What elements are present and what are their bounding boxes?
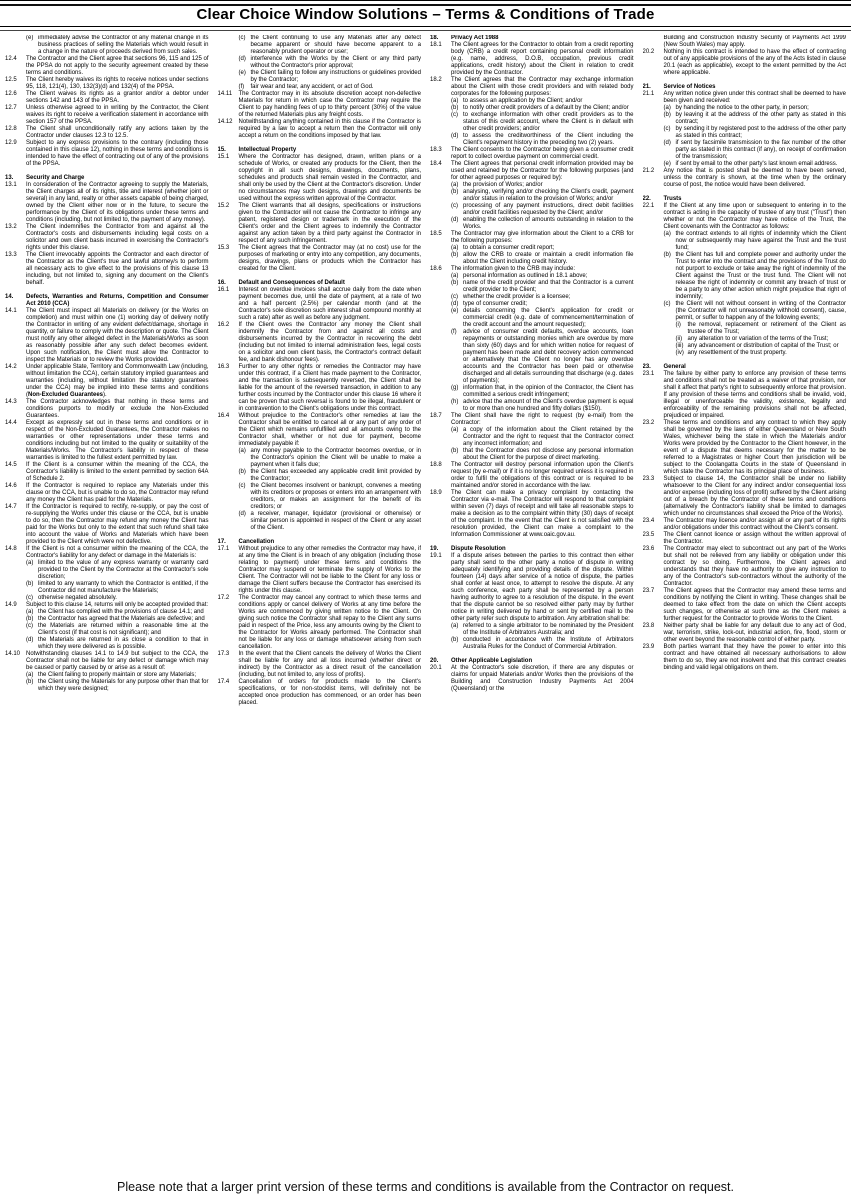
item-label: (a) xyxy=(451,623,458,630)
clause: 23.5The Client cannot licence or assign … xyxy=(643,532,847,546)
clause-text: to obtain a consumer credit report; xyxy=(463,245,554,251)
clause-number: 15.2 xyxy=(218,203,230,210)
sub-item: (c)the Client becomes insolvent or bankr… xyxy=(218,483,422,511)
clause-text: The Client consents to the Contractor be… xyxy=(451,147,634,160)
item-label: (c) xyxy=(451,203,458,210)
clause-number: 15. xyxy=(218,147,226,154)
clause-number: 17. xyxy=(218,539,226,546)
top-rule-outer xyxy=(0,0,851,1)
section-heading: 22.Trusts xyxy=(643,196,847,203)
item-label: (d) xyxy=(26,637,33,644)
clause-text: Without prejudice to any other remedies … xyxy=(239,546,422,594)
clause-text: enabling the collection of amounts outst… xyxy=(463,217,634,230)
clause-text: Neither party shall be liable for any de… xyxy=(664,623,847,643)
clause-text: In the event that the Client cancels the… xyxy=(239,651,422,678)
item-label: (a) xyxy=(451,245,458,252)
clause-number: 23. xyxy=(643,364,651,371)
section-heading-text: Trusts xyxy=(664,196,682,202)
clause-number: 14.8 xyxy=(5,546,17,553)
clause-number: 23.6 xyxy=(643,546,655,553)
clause-text: the Client failing to properly maintain … xyxy=(38,672,196,678)
section-heading: 15.Intellectual Property xyxy=(218,147,422,154)
clause-number: 20. xyxy=(430,658,438,665)
clause: 23.3Subject to clause 14, the Contractor… xyxy=(643,476,847,518)
clause-number: 18.4 xyxy=(430,161,442,168)
clause-text: a copy of the information about the Clie… xyxy=(463,427,634,447)
clause: 15.1Where the Contractor has designed, d… xyxy=(218,154,422,203)
clause: 13.3The Client irrevocably appoints the … xyxy=(5,252,209,287)
clause-text: conducted in accordance with the Institu… xyxy=(463,637,634,650)
clause-text: the Client failing to follow any instruc… xyxy=(251,70,422,83)
clause-number: 18.3 xyxy=(430,147,442,154)
clause: 14.2Under applicable State, Territory an… xyxy=(5,364,209,399)
item-label: (g) xyxy=(451,385,458,392)
section-heading: 19.Dispute Resolution xyxy=(430,546,634,553)
clause: 23.6The Contractor may elect to subcontr… xyxy=(643,546,847,588)
section-heading: 18.Privacy Act 1988 xyxy=(430,35,634,42)
clause: 18.5The Contractor may give information … xyxy=(430,231,634,245)
clause-text: The Contractor may in its absolute discr… xyxy=(239,91,422,118)
sub-item: (a)by handing the notice to the other pa… xyxy=(643,105,847,112)
item-label: (f) xyxy=(239,84,245,91)
item-label: (d) xyxy=(239,56,246,63)
clause: Building and Construction Industry Secur… xyxy=(643,35,847,49)
clause-text: The Client shall have the right to reque… xyxy=(451,413,634,426)
clause-text: The Client agrees for the Contractor to … xyxy=(451,42,634,76)
clause-text: allow the CRB to create or maintain a cr… xyxy=(463,252,634,265)
clause-text: The Client waives its rights as a granto… xyxy=(26,91,209,104)
item-label: (a) xyxy=(451,427,458,434)
clause-text: the removal, replacement or retirement o… xyxy=(688,322,847,335)
clause-text: any money payable to the Contractor beco… xyxy=(251,448,422,468)
clause-number: 23.4 xyxy=(643,518,655,525)
clause-text: to exchange information with other credi… xyxy=(463,112,634,132)
sub-item: (b)name of the credit provider and that … xyxy=(430,280,634,294)
sub-item: (b)by leaving it at the address of the o… xyxy=(643,112,847,126)
clause: 20.2Nothing in this contract is intended… xyxy=(643,49,847,77)
item-label: (c) xyxy=(239,483,246,490)
clause-text: If the Contractor is required to rectify… xyxy=(26,504,209,545)
item-label: (b) xyxy=(239,469,246,476)
sub-item: (a)the Client has complied with the prov… xyxy=(5,609,209,616)
clause: 13.1In consideration of the Contractor a… xyxy=(5,182,209,224)
clause-text: The information given to the CRB may inc… xyxy=(451,266,575,272)
clause-number: 12.5 xyxy=(5,77,17,84)
clause: 18.8The Contractor will destroy personal… xyxy=(430,462,634,490)
item-label: (e) xyxy=(26,35,33,42)
item-label: (d) xyxy=(664,140,671,147)
sub-item: (d)enabling the collection of amounts ou… xyxy=(430,217,634,231)
clause-number: 21.1 xyxy=(643,91,655,98)
sub-item: (e)immediately advise the Contractor of … xyxy=(5,35,209,56)
item-label: (a) xyxy=(239,448,246,455)
clause-number: 23.9 xyxy=(643,644,655,651)
item-label: (iv) xyxy=(676,350,684,357)
item-label: (e) xyxy=(664,161,671,168)
section-heading: 13.Security and Charge xyxy=(5,175,209,182)
clause-number: 15.1 xyxy=(218,154,230,161)
sub-item: (e)the Client failing to follow any inst… xyxy=(218,70,422,84)
clause-number: 16.1 xyxy=(218,287,230,294)
clause-text: The Contractor may cancel any contract t… xyxy=(239,595,422,650)
clause-text: If the Client is a consumer within the m… xyxy=(26,462,209,482)
item-label: (c) xyxy=(664,126,671,133)
clause: 18.6The information given to the CRB may… xyxy=(430,266,634,273)
sub-item: (b)conducted in accordance with the Inst… xyxy=(430,637,634,651)
clause-number: 19.1 xyxy=(430,553,442,560)
clause-text: Notwithstanding anything contained in th… xyxy=(239,119,422,139)
sub-item: (i)the removal, replacement or retiremen… xyxy=(643,322,847,336)
clause: 23.9Both parties warrant that they have … xyxy=(643,644,847,672)
clause-text: name of the credit provider and that the… xyxy=(463,280,634,293)
sub-item: (e)details concerning the Client's appli… xyxy=(430,308,634,329)
clause: 18.3The Client consents to the Contracto… xyxy=(430,147,634,161)
clause-text: If the Client is not a consumer within t… xyxy=(26,546,209,559)
clause: 14.10Notwithstanding clauses 14.1 to 14.… xyxy=(5,651,209,672)
clause-text: If the Client at any time upon or subseq… xyxy=(664,203,847,230)
clause: 14.3The Contractor acknowledges that not… xyxy=(5,399,209,420)
clause-number: 16.4 xyxy=(218,413,230,420)
clause-number: 14.12 xyxy=(218,119,233,126)
clause-number: 18.5 xyxy=(430,231,442,238)
clause-text: The Client cannot licence or assign with… xyxy=(664,532,847,545)
sub-item: (b)the Client has exceeded any applicabl… xyxy=(218,469,422,483)
sub-item: (a)the contract extends to all rights of… xyxy=(643,231,847,252)
clause-number: 14.1 xyxy=(5,308,17,315)
clause-number: 14.11 xyxy=(218,91,233,98)
item-label: (h) xyxy=(451,399,458,406)
clause-number: 14.5 xyxy=(5,462,17,469)
clause-text: Unless otherwise agreed to in writing by… xyxy=(26,105,209,125)
clause-number: 17.1 xyxy=(218,546,230,553)
section-heading: 21.Service of Notices xyxy=(643,84,847,91)
clause: 18.4The Client agrees that personal cred… xyxy=(430,161,634,182)
clause-number: 17.4 xyxy=(218,679,230,686)
item-label: (a) xyxy=(664,105,671,112)
section-heading-text: Privacy Act 1988 xyxy=(451,35,498,41)
sub-item: (b)analysing, verifying and/or checking … xyxy=(430,189,634,203)
clause-text: The Client agrees that the Contractor ma… xyxy=(664,588,847,622)
clause-text: The Client agrees that the Contractor ma… xyxy=(451,77,634,97)
clause-text: Further to any other rights or remedies … xyxy=(239,364,422,412)
clause-text: The Client can make a privacy complaint … xyxy=(451,490,634,538)
clause-text: Any notice that is posted shall be deeme… xyxy=(664,168,847,188)
clause-text: The Client agrees that personal credit i… xyxy=(451,161,634,181)
sub-item: (b)the Client has full and complete powe… xyxy=(643,252,847,301)
clause-text: any advancement or distribution of capit… xyxy=(688,343,839,349)
clause-text: to assess the creditworthiness of the Cl… xyxy=(463,133,634,146)
section-heading-text: Dispute Resolution xyxy=(451,546,506,552)
clause-number: 12.8 xyxy=(5,126,17,133)
clause-number: 18.6 xyxy=(430,266,442,273)
clause-text: If the Contractor is required to replace… xyxy=(26,483,209,503)
clause-text: the provision of Works; and/or xyxy=(463,182,543,188)
sub-item: (a)limited to the value of any express w… xyxy=(5,560,209,581)
clause-text: Subject to any express provisions to the… xyxy=(26,140,209,167)
clause-text: The Contractor may elect to subcontract … xyxy=(664,546,847,587)
clause: 18.2The Client agrees that the Contracto… xyxy=(430,77,634,98)
clause-text: The Client agrees that the Contractor ma… xyxy=(239,245,422,272)
footer-note: Please note that a larger print version … xyxy=(0,1180,851,1194)
clause-text: the Client will not without consent in w… xyxy=(676,301,847,321)
clause: 16.3Further to any other rights or remed… xyxy=(218,364,422,413)
section-heading-text: Default and Consequences of Default xyxy=(239,280,345,286)
item-label: (c) xyxy=(26,595,33,602)
sub-item: (c)processing of any payment instruction… xyxy=(430,203,634,217)
clause: 13.2The Client indemnifies the Contracto… xyxy=(5,224,209,252)
item-label: (c) xyxy=(451,294,458,301)
sub-item: (b)limited to any warranty to which the … xyxy=(5,581,209,595)
sub-item: (d)the Materials are returned in as clos… xyxy=(5,637,209,651)
item-label: (a) xyxy=(26,560,33,567)
clause-text: Where the Contractor has designed, drawn… xyxy=(239,154,422,202)
section-heading-text: Cancellation xyxy=(239,539,275,545)
section-heading: 20.Other Applicable Legislation xyxy=(430,658,634,665)
sub-item: (a)a copy of the information about the C… xyxy=(430,427,634,448)
column-2: (c)the Client continuing to use any Mate… xyxy=(218,35,422,1157)
item-label: (iii) xyxy=(676,343,684,350)
clause: 17.2The Contractor may cancel any contra… xyxy=(218,595,422,651)
clause: 15.2The Client warrants that all designs… xyxy=(218,203,422,245)
clause-number: 18. xyxy=(430,35,438,42)
item-label: (f) xyxy=(451,329,457,336)
clause-number: 14.4 xyxy=(5,420,17,427)
clause-number: 13. xyxy=(5,175,13,182)
item-label: (ii) xyxy=(676,336,683,343)
title-underline-secondary xyxy=(0,30,851,31)
sub-item: (iii)any advancement or distribution of … xyxy=(643,343,847,350)
sub-item: (a)the provision of Works; and/or xyxy=(430,182,634,189)
clause-text: The Contractor will destroy personal inf… xyxy=(451,462,634,489)
clause-text: personal information as outlined in 18.1… xyxy=(463,273,587,279)
sub-item: (a)to assess an application by the Clien… xyxy=(430,98,634,105)
item-label: (a) xyxy=(26,609,33,616)
item-label: (e) xyxy=(451,308,458,315)
clause: 23.4The Contractor may licence and/or as… xyxy=(643,518,847,532)
clause-number: 12.7 xyxy=(5,105,17,112)
item-label: (b) xyxy=(664,112,671,119)
clause: 14.6If the Contractor is required to rep… xyxy=(5,483,209,504)
clause-text: immediately advise the Contractor of any… xyxy=(38,35,209,55)
clause-number: 15.3 xyxy=(218,245,230,252)
clause: 14.8If the Client is not a consumer with… xyxy=(5,546,209,560)
sub-item: (d)to assess the creditworthiness of the… xyxy=(430,133,634,147)
sub-item: (iv)any resettlement of the trust proper… xyxy=(643,350,847,357)
item-label: (b) xyxy=(26,679,33,686)
clause-text: Nothing in this contract is intended to … xyxy=(664,49,847,76)
item-label: (a) xyxy=(451,182,458,189)
clause-number: 14.10 xyxy=(5,651,20,658)
clause-text: referred to a single arbitrator to be no… xyxy=(463,623,634,636)
sub-item: (c)by sending it by registered post to t… xyxy=(643,126,847,140)
clause-text: The Client irrevocably appoints the Cont… xyxy=(26,252,209,286)
clause: 22.1If the Client at any time upon or su… xyxy=(643,203,847,231)
clause-text: If a dispute arises between the parties … xyxy=(451,553,634,622)
sub-item: (g)information that, in the opinion of t… xyxy=(430,385,634,399)
clause-number: 23.2 xyxy=(643,420,655,427)
clause-text: by handing the notice to the other party… xyxy=(676,105,809,111)
sub-item: (e)if sent by email to the other party's… xyxy=(643,161,847,168)
clause: 16.1Interest on overdue invoices shall a… xyxy=(218,287,422,322)
clause: 12.6The Client waives its rights as a gr… xyxy=(5,91,209,105)
clause: 12.4The Contractor and the Client agree … xyxy=(5,56,209,77)
clause-text: limited to any warranty to which the Con… xyxy=(38,581,209,594)
clause-text: The Contractor may give information abou… xyxy=(451,231,634,244)
clause-text: Interest on overdue invoices shall accru… xyxy=(239,287,422,321)
item-label: (a) xyxy=(451,273,458,280)
clause: 19.1If a dispute arises between the part… xyxy=(430,553,634,623)
clause-text: Cancellation of orders for products made… xyxy=(239,679,422,706)
clause-text: the Client using the Materials for any p… xyxy=(38,679,209,692)
clause-number: 23.7 xyxy=(643,588,655,595)
sub-item: (c)the Client will not without consent i… xyxy=(643,301,847,322)
clause: 23.1The failure by either party to enfor… xyxy=(643,371,847,420)
clause-text: by leaving it at the address of the othe… xyxy=(676,112,847,125)
section-heading-text: Security and Charge xyxy=(26,175,84,181)
item-label: (b) xyxy=(451,280,458,287)
item-label: (d) xyxy=(451,301,458,308)
clause-text: The Client hereby waives its rights to r… xyxy=(26,77,209,90)
sub-item: (d)type of consumer credit; xyxy=(430,301,634,308)
clause-text: Building and Construction Industry Secur… xyxy=(664,35,847,48)
clause-number: 14.2 xyxy=(5,364,17,371)
clause-text: the contract extends to all rights of in… xyxy=(676,231,847,251)
clause-number: 14. xyxy=(5,294,13,301)
clause-text: the Contractor has agreed that the Mater… xyxy=(38,616,205,622)
clause-text: processing of any payment instructions, … xyxy=(463,203,634,216)
item-label: (c) xyxy=(664,301,671,308)
sub-item: (c)to exchange information with other cr… xyxy=(430,112,634,133)
clause-text: information that, in the opinion of the … xyxy=(463,385,634,398)
clause-number: 17.2 xyxy=(218,595,230,602)
section-heading-text: General xyxy=(664,364,686,370)
sub-item: (ii)any alteration to or variation of th… xyxy=(643,336,847,343)
clause-text: The Client indemnifies the Contractor fr… xyxy=(26,224,209,251)
clause-text: At the Contractor's sole discretion, if … xyxy=(451,665,634,692)
clause-text: Except as expressly set out in these ter… xyxy=(26,420,209,461)
clause-text: to assess an application by the Client; … xyxy=(463,98,582,104)
document-title: Clear Choice Window Solutions – Terms & … xyxy=(0,6,851,23)
clause-number: 18.8 xyxy=(430,462,442,469)
clause: 18.1The Client agrees for the Contractor… xyxy=(430,42,634,77)
item-label: (d) xyxy=(451,217,458,224)
clause: 21.1Any written notice given under this … xyxy=(643,91,847,105)
clause-number: 23.8 xyxy=(643,623,655,630)
clause-text: any resettlement of the trust property. xyxy=(688,350,787,356)
clause: 15.3The Client agrees that the Contracto… xyxy=(218,245,422,273)
clause-text: the Materials are returned in as close a… xyxy=(38,637,209,650)
clause-number: 14.3 xyxy=(5,399,17,406)
clause-text: The Contractor acknowledges that nothing… xyxy=(26,399,209,419)
clause-number: 12.6 xyxy=(5,91,17,98)
clause: 12.9Subject to any express provisions to… xyxy=(5,140,209,168)
clause-text: Any written notice given under this cont… xyxy=(664,91,847,104)
clause-text: interference with the Works by the Clien… xyxy=(251,56,422,69)
clause-number: 23.3 xyxy=(643,476,655,483)
item-label: (b) xyxy=(451,448,458,455)
clause-number: 13.1 xyxy=(5,182,17,189)
clause-text: The Client warrants that all designs, sp… xyxy=(239,203,422,244)
clause-text: whether the credit provider is a license… xyxy=(463,294,570,300)
clause: 23.7The Client agrees that the Contracto… xyxy=(643,588,847,623)
section-heading-text: Intellectual Property xyxy=(239,147,297,153)
section-heading: 14.Defects, Warranties and Returns, Comp… xyxy=(5,294,209,308)
clause-number: 13.3 xyxy=(5,252,17,259)
item-label: (b) xyxy=(451,637,458,644)
clause-number: 17.3 xyxy=(218,651,230,658)
clause-text: These terms and conditions and any contr… xyxy=(664,420,847,475)
clause-text: Notwithstanding clauses 14.1 to 14.9 but… xyxy=(26,651,209,671)
clause: 23.8Neither party shall be liable for an… xyxy=(643,623,847,644)
clause: 16.4Without prejudice to the Contractor'… xyxy=(218,413,422,448)
clause: 14.7If the Contractor is required to rec… xyxy=(5,504,209,546)
sub-item: (d)a receiver, manager, liquidator (prov… xyxy=(218,511,422,532)
sub-item: (c)the Materials are returned within a r… xyxy=(5,623,209,637)
clause-text: The Client must inspect all Materials on… xyxy=(26,308,209,363)
clause-text: the Client has complied with the provisi… xyxy=(38,609,204,615)
sub-item: (f)advice of consumer credit defaults, o… xyxy=(430,329,634,385)
section-heading-text: Service of Notices xyxy=(664,84,716,90)
clause: 16.2If the Client owes the Contractor an… xyxy=(218,322,422,364)
item-label: (b) xyxy=(26,616,33,623)
clause-text: a receiver, manager, liquidator (provisi… xyxy=(251,511,422,531)
sub-item: (b)the Client using the Materials for an… xyxy=(5,679,209,693)
item-label: (a) xyxy=(26,672,33,679)
clause-text: limited to the value of any express warr… xyxy=(38,560,209,580)
clause-text: otherwise negated absolutely. xyxy=(38,595,117,601)
item-label: (b) xyxy=(664,252,671,259)
clause-number: 18.7 xyxy=(430,413,442,420)
item-label: (c) xyxy=(26,623,33,630)
clause-number: 23.5 xyxy=(643,532,655,539)
clause-number: 20.2 xyxy=(643,49,655,56)
item-label: (c) xyxy=(239,35,246,42)
item-label: (b) xyxy=(451,252,458,259)
clause-text: the Client becomes insolvent or bankrupt… xyxy=(251,483,422,510)
clause-text: the Client continuing to use any Materia… xyxy=(251,35,422,55)
clause: 20.1At the Contractor's sole discretion,… xyxy=(430,665,634,693)
column-1: (e)immediately advise the Contractor of … xyxy=(5,35,209,1157)
clause-text: that the Contractor does not disclose an… xyxy=(463,448,634,461)
clause-number: 23.1 xyxy=(643,371,655,378)
clause-number: 14.7 xyxy=(5,504,17,511)
item-label: (d) xyxy=(239,511,246,518)
clause: 14.9Subject to this clause 14, returns w… xyxy=(5,602,209,609)
item-label: (b) xyxy=(26,581,33,588)
clause-text: Without prejudice to the Contractor's ot… xyxy=(239,413,422,447)
sub-item: (c)otherwise negated absolutely. xyxy=(5,595,209,602)
clause: 21.2Any notice that is posted shall be d… xyxy=(643,168,847,189)
clause-number: 16. xyxy=(218,280,226,287)
clause-text: Subject to this clause 14, returns will … xyxy=(26,602,208,608)
terms-document-page: Clear Choice Window Solutions – Terms & … xyxy=(0,0,851,1200)
clause-text: by sending it by registered post to the … xyxy=(676,126,847,139)
clause: 17.1Without prejudice to any other remed… xyxy=(218,546,422,595)
item-label: (i) xyxy=(676,322,681,329)
terms-columns: (e)immediately advise the Contractor of … xyxy=(5,35,846,1157)
clause-number: 20.1 xyxy=(430,665,442,672)
sub-item: (a)to obtain a consumer credit report; xyxy=(430,245,634,252)
sub-item: (h)advice that the amount of the Client'… xyxy=(430,399,634,413)
clause-text: the Client has exceeded any applicable c… xyxy=(251,469,422,482)
item-label: (a) xyxy=(664,231,671,238)
clause-text: the Materials are returned within a reas… xyxy=(38,623,209,636)
clause-number: 19. xyxy=(430,546,438,553)
clause-number: 14.6 xyxy=(5,483,17,490)
sub-item: (b)to notify other credit providers of a… xyxy=(430,105,634,112)
clause-text: to notify other credit providers of a de… xyxy=(463,105,629,111)
clause-text: Under applicable State, Territory and Co… xyxy=(26,364,209,398)
